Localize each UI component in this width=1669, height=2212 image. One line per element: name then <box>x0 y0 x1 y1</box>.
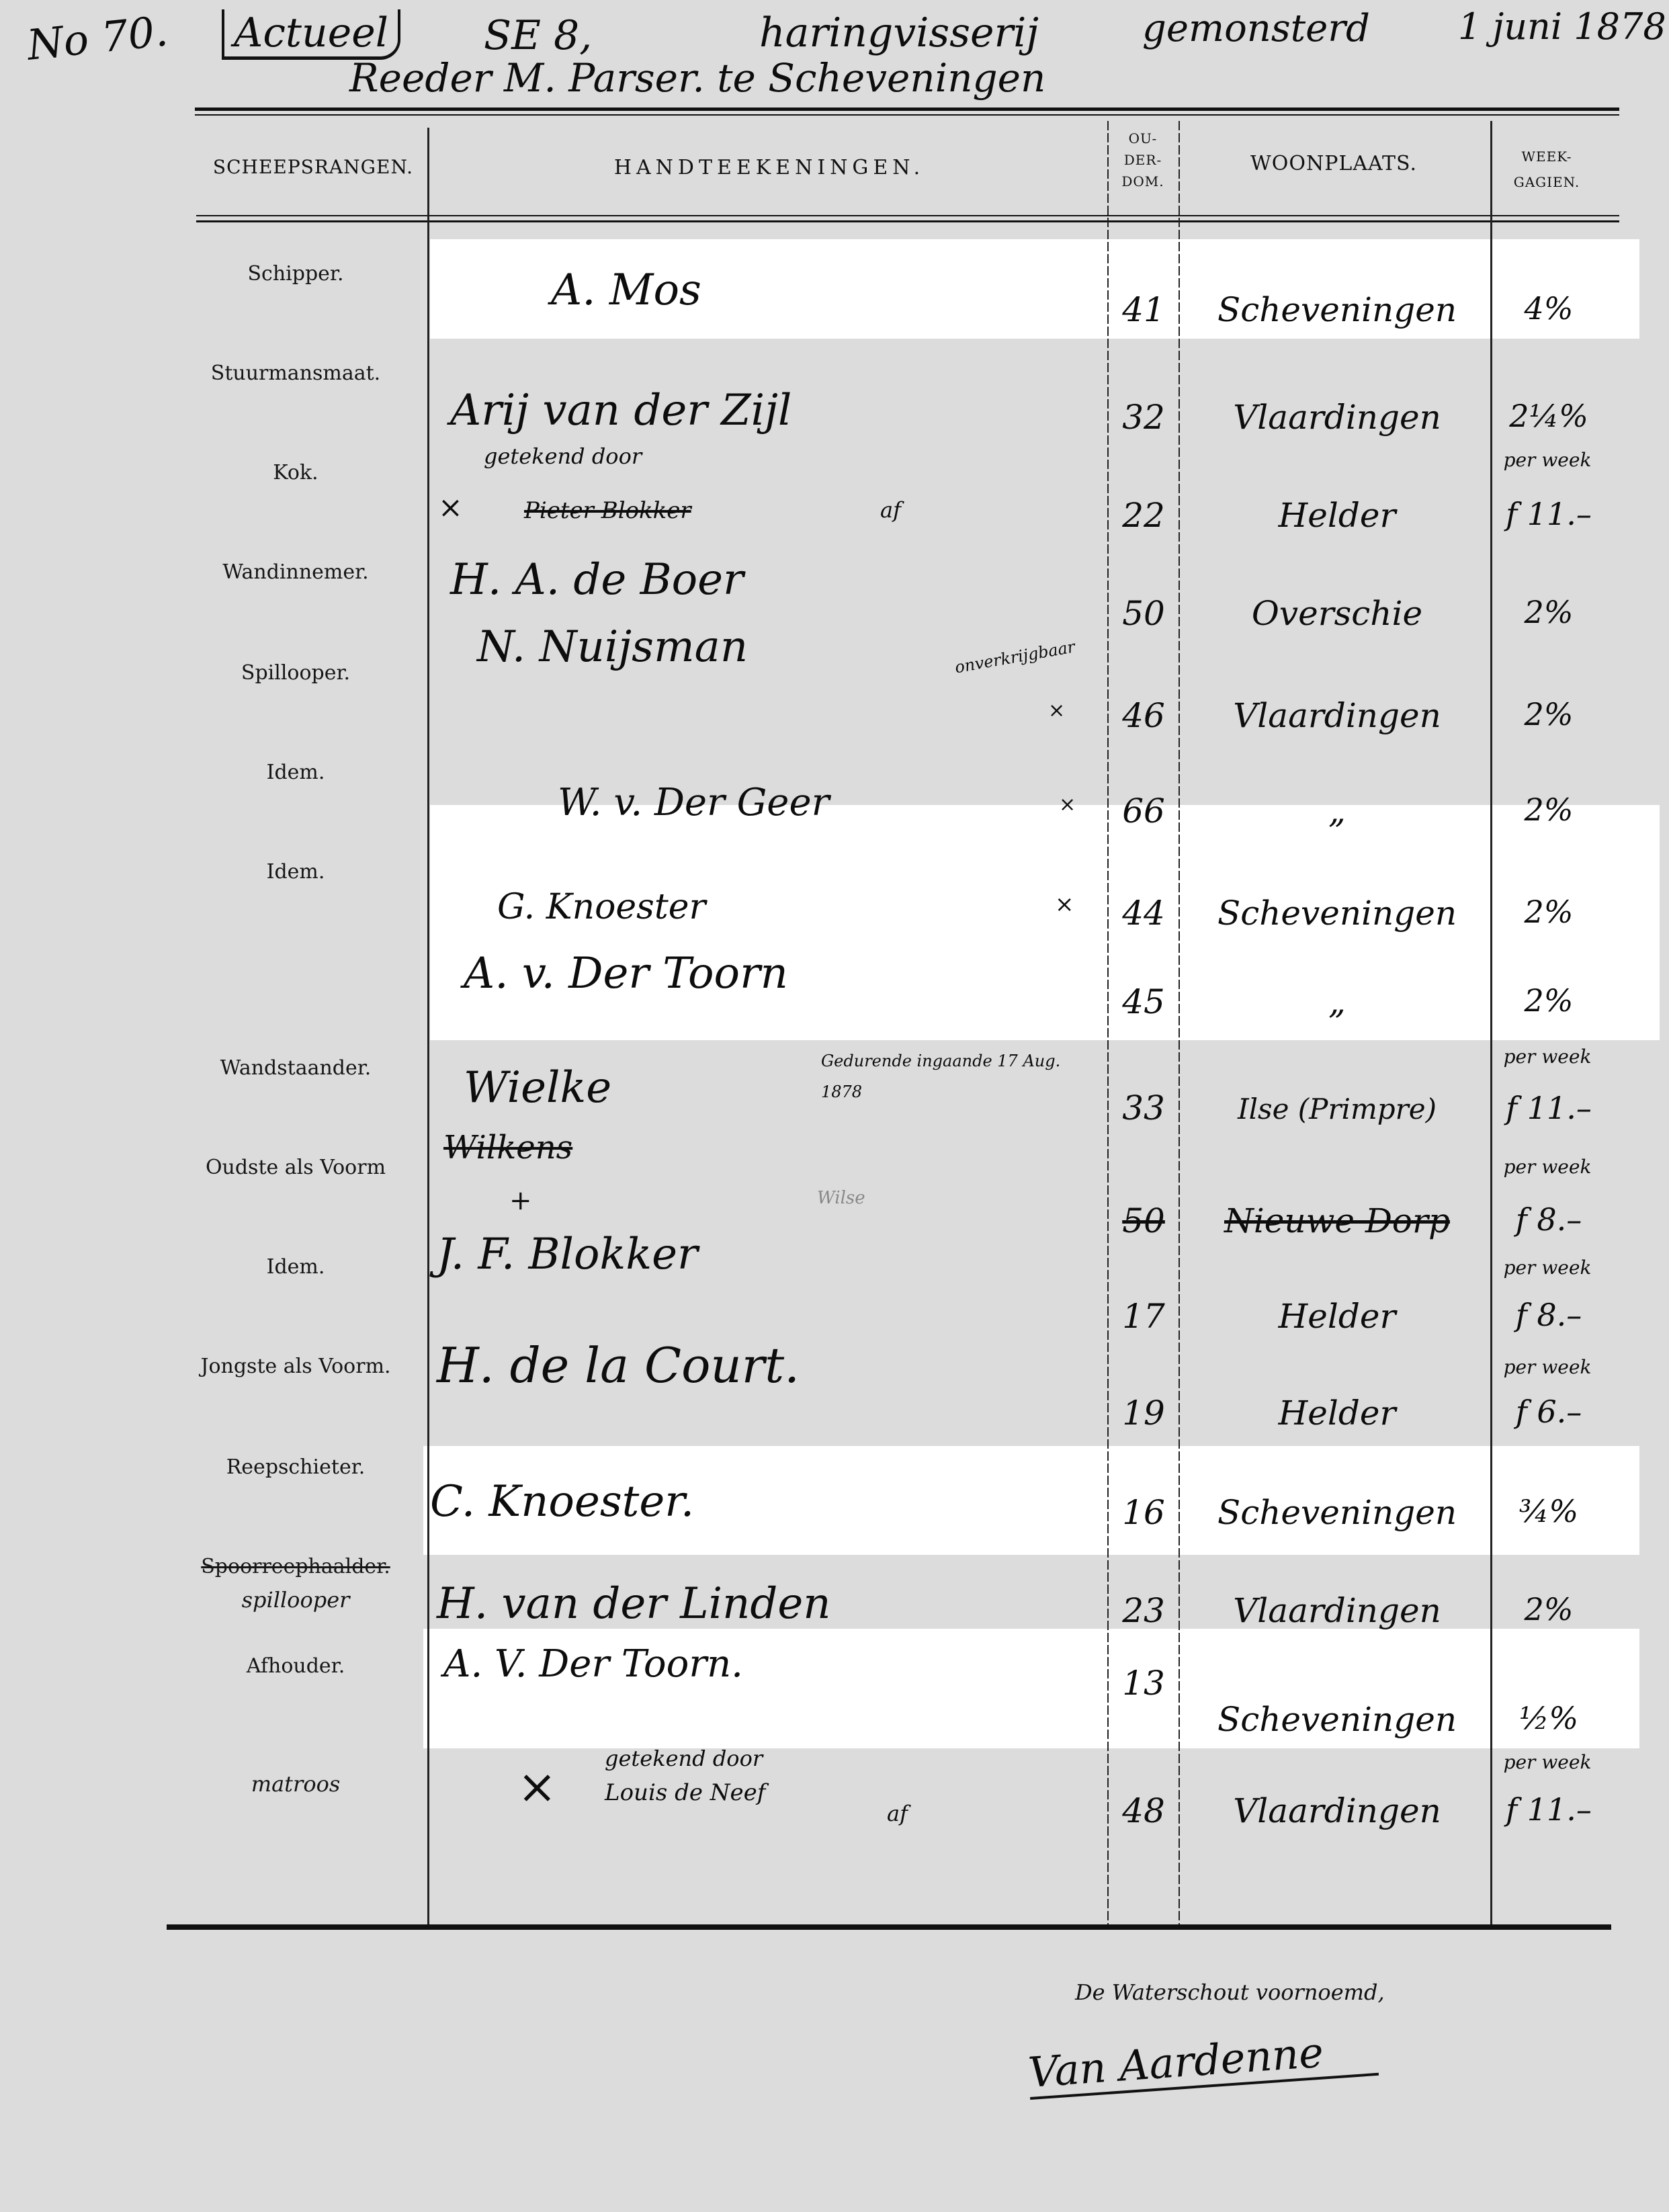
crew-signature: N. Nuijsman <box>477 622 748 672</box>
crew-wage: ½% <box>1492 1700 1606 1736</box>
crew-signature: A. V. Der Toorn. <box>443 1642 743 1686</box>
crew-age: 45 <box>1110 982 1177 1021</box>
ship-owner-line: Reeder M. Parser. te Scheveningen <box>349 55 1045 101</box>
crew-age: 41 <box>1110 290 1177 329</box>
crew-residence: „ <box>1189 792 1485 831</box>
signature-annotation: onverkrijgbaar <box>953 637 1076 677</box>
mustered-label: gemonsterd <box>1142 7 1370 50</box>
crew-signature: H. van der Linden <box>437 1579 830 1629</box>
crew-age: 13 <box>1110 1664 1177 1703</box>
crew-signature: H. A. de Boer <box>450 555 744 605</box>
wage-note: per week <box>1490 1257 1604 1279</box>
crew-age-struck: 50 <box>1110 1201 1177 1240</box>
crew-residence: Vlaardingen <box>1189 398 1485 437</box>
column-header-residence: WOONPLAATS. <box>1183 152 1485 175</box>
column-header-rank: SCHEEPSRANGEN. <box>199 156 427 178</box>
rank-label-struck: Spoorreephaalder. <box>175 1555 417 1578</box>
crew-wage: f 6.– <box>1492 1394 1606 1430</box>
crew-age: 19 <box>1110 1394 1177 1433</box>
rank-label: Spillooper. <box>175 661 417 685</box>
rank-label: Afhouder. <box>175 1654 417 1678</box>
rank-label-handwritten: matroos <box>175 1771 417 1797</box>
crew-residence: Vlaardingen <box>1189 1591 1485 1630</box>
crew-residence: Ilse (Primpre) <box>1189 1093 1485 1125</box>
crew-wage: ¾% <box>1492 1493 1606 1529</box>
crew-age: 50 <box>1110 594 1177 633</box>
crew-signature-struck: Wilkens <box>443 1129 572 1166</box>
crew-wage: 2% <box>1492 594 1606 630</box>
cross-mark: × <box>517 1759 557 1814</box>
crew-residence: „ <box>1189 982 1485 1021</box>
column-header-signatures: HANDTEEKENINGEN. <box>430 156 1109 179</box>
column-header-wages: WEEK- GAGIEN. <box>1493 144 1600 195</box>
column-divider <box>1107 121 1109 1928</box>
rank-label: Stuurmansmaat. <box>175 361 417 385</box>
rank-label: Oudste als Voorm <box>175 1156 417 1179</box>
cross-mark: × <box>1048 699 1065 722</box>
signature-note: getekend door <box>605 1746 763 1771</box>
crew-signature: Louis de Neef <box>605 1779 765 1806</box>
cross-mark: + <box>509 1185 532 1216</box>
cross-mark: × <box>1055 891 1074 918</box>
crew-signature: J. F. Blokker <box>437 1230 698 1279</box>
ship-status-annotation: Actueel <box>222 9 400 60</box>
crew-wage: f 11.– <box>1492 1090 1606 1126</box>
signature-annotation: Gedurende ingaande 17 Aug. 1878 <box>821 1046 1097 1107</box>
crew-wage: 2% <box>1492 894 1606 930</box>
crew-age: 44 <box>1110 894 1177 933</box>
crew-residence: Scheveningen <box>1189 894 1485 933</box>
rank-label: Reepschieter. <box>175 1455 417 1479</box>
fishery-type: haringvisserij <box>759 9 1039 56</box>
crew-wage: 2% <box>1492 1591 1606 1627</box>
crew-age: 48 <box>1110 1791 1177 1830</box>
rank-label: Wandinnemer. <box>175 560 417 584</box>
waterschout-signature: Van Aardenne <box>1027 2024 1379 2100</box>
wage-note: per week <box>1490 1356 1604 1378</box>
signature-annotation: Wilse <box>817 1188 865 1208</box>
crew-wage: 2% <box>1492 792 1606 828</box>
crew-signature: G. Knoester <box>497 887 705 927</box>
wage-note: per week <box>1490 1156 1604 1178</box>
rank-label: Idem. <box>175 1255 417 1279</box>
crew-wage: f 8.– <box>1492 1201 1606 1238</box>
wage-note: per week <box>1490 1751 1604 1773</box>
rank-label: Jongste als Voorm. <box>175 1355 417 1378</box>
crew-age: 32 <box>1110 398 1177 437</box>
crew-signature: A. v. Der Toorn <box>464 949 788 998</box>
crew-signature: Pieter Blokker <box>524 497 691 524</box>
crew-signature: A. Mos <box>551 265 701 315</box>
crew-residence: Vlaardingen <box>1189 1791 1485 1830</box>
crew-wage: 2¼% <box>1492 398 1606 434</box>
crew-residence-struck: Nieuwe Dorp <box>1189 1201 1485 1240</box>
rank-label: Idem. <box>175 860 417 884</box>
wage-note: per week <box>1490 1046 1604 1068</box>
signature-note: getekend door <box>484 443 642 469</box>
column-divider <box>427 128 429 1928</box>
header-bottom-rule <box>196 215 1619 216</box>
crew-residence: Helder <box>1189 1394 1485 1433</box>
crew-signature: H. de la Court. <box>437 1337 800 1394</box>
crew-residence: Scheveningen <box>1189 1700 1485 1739</box>
cross-mark: × <box>438 491 463 525</box>
crew-age: 46 <box>1110 696 1177 735</box>
crew-residence: Scheveningen <box>1189 1493 1485 1532</box>
crew-residence: Overschie <box>1189 594 1485 633</box>
table-top-rule-thin <box>195 114 1619 116</box>
crew-wage: f 8.– <box>1492 1297 1606 1333</box>
header-bottom-rule-2 <box>196 220 1619 222</box>
cross-mark: × <box>1059 793 1076 816</box>
crew-wage: 2% <box>1492 982 1606 1019</box>
crew-age: 23 <box>1110 1591 1177 1630</box>
signature-suffix: af <box>887 1801 908 1826</box>
crew-signature: Wielke <box>464 1063 611 1113</box>
crew-age: 66 <box>1110 792 1177 831</box>
crew-age: 22 <box>1110 496 1177 535</box>
crew-wage: f 11.– <box>1492 496 1606 532</box>
crew-age: 17 <box>1110 1297 1177 1336</box>
crew-age: 16 <box>1110 1493 1177 1532</box>
rank-label-handwritten: spillooper <box>175 1587 417 1613</box>
column-header-age: OU- DER- DOM. <box>1109 128 1177 192</box>
crew-residence: Helder <box>1189 496 1485 535</box>
document-number: No 70. <box>25 6 170 70</box>
waterschout-label: De Waterschout voornoemd, <box>1075 1980 1385 2005</box>
crew-wage: 4% <box>1492 290 1606 327</box>
muster-date: 1 juni 1878 <box>1458 5 1666 48</box>
crew-wage: 2% <box>1492 696 1606 732</box>
column-divider <box>1179 121 1180 1928</box>
column-divider <box>1490 121 1492 1928</box>
crew-residence: Scheveningen <box>1189 290 1485 329</box>
rank-label: Schipper. <box>175 262 417 286</box>
table-bottom-rule <box>167 1924 1611 1930</box>
signature-suffix: af <box>880 497 901 523</box>
crew-age: 33 <box>1110 1089 1177 1128</box>
crew-signature: W. v. Der Geer <box>558 781 829 824</box>
crew-residence: Vlaardingen <box>1189 696 1485 735</box>
crew-wage: f 11.– <box>1492 1791 1606 1828</box>
rank-label: Idem. <box>175 761 417 784</box>
ship-code: SE 8, <box>484 12 592 59</box>
crew-residence: Helder <box>1189 1297 1485 1336</box>
rank-label: Wandstaander. <box>175 1056 417 1080</box>
crew-signature: Arij van der Zijl <box>450 386 791 435</box>
rank-label: Kok. <box>175 461 417 484</box>
wage-note: per week <box>1490 449 1604 471</box>
crew-signature: C. Knoester. <box>430 1477 694 1527</box>
table-top-rule <box>195 108 1619 111</box>
